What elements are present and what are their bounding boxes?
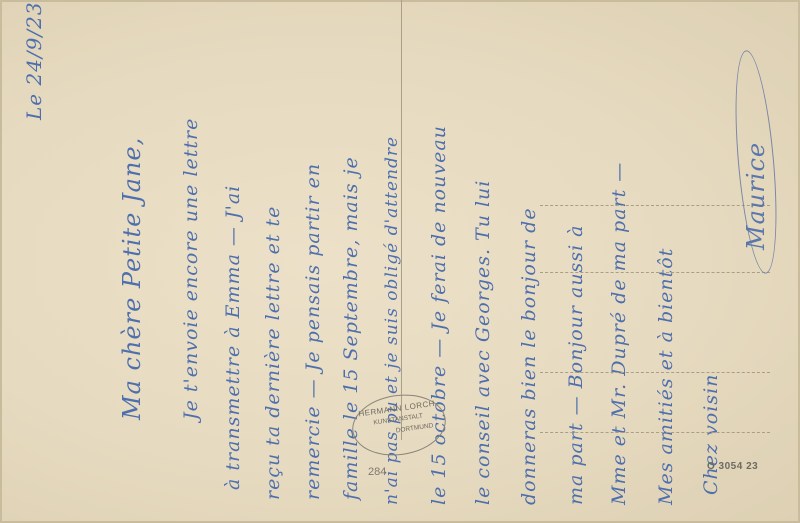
letter-line: remercie — Je pensais partir en xyxy=(302,163,324,500)
letter-line: donneras bien le bonjour de xyxy=(518,207,540,505)
signature: Maurice xyxy=(742,142,770,250)
letter-line: reçu ta dernière lettre et te xyxy=(262,206,284,500)
print-code: O 3054 23 xyxy=(707,461,758,472)
postcard-back: Le 24/9/23 Ma chère Petite Jane, Je t'en… xyxy=(0,0,800,523)
letter-line: à transmettre à Emma — J'ai xyxy=(222,185,244,490)
letter-line: famille le 15 Septembre, mais je xyxy=(340,156,362,500)
address-line xyxy=(540,205,770,206)
letter-line: Je t'envoie encore une lettre xyxy=(180,118,202,420)
stamp-number: 284 xyxy=(368,466,386,478)
letter-line: ma part — Bonjour aussi à xyxy=(565,224,587,505)
letter-line: Chez voisin xyxy=(700,374,722,495)
letter-line: Mme et Mr. Dupré de ma part — xyxy=(608,162,630,505)
address-line xyxy=(540,272,770,273)
date: Le 24/9/23 xyxy=(22,1,46,120)
greeting: Ma chère Petite Jane, xyxy=(118,137,146,420)
center-divider xyxy=(401,0,402,440)
letter-line: le conseil avec Georges. Tu lui xyxy=(472,180,494,505)
address-line xyxy=(540,372,770,373)
address-line xyxy=(540,432,770,433)
letter-line: Mes amitiés et à bientôt xyxy=(655,248,677,505)
letter-line: le 15 octobre — Je ferai de nouveau xyxy=(428,125,450,505)
